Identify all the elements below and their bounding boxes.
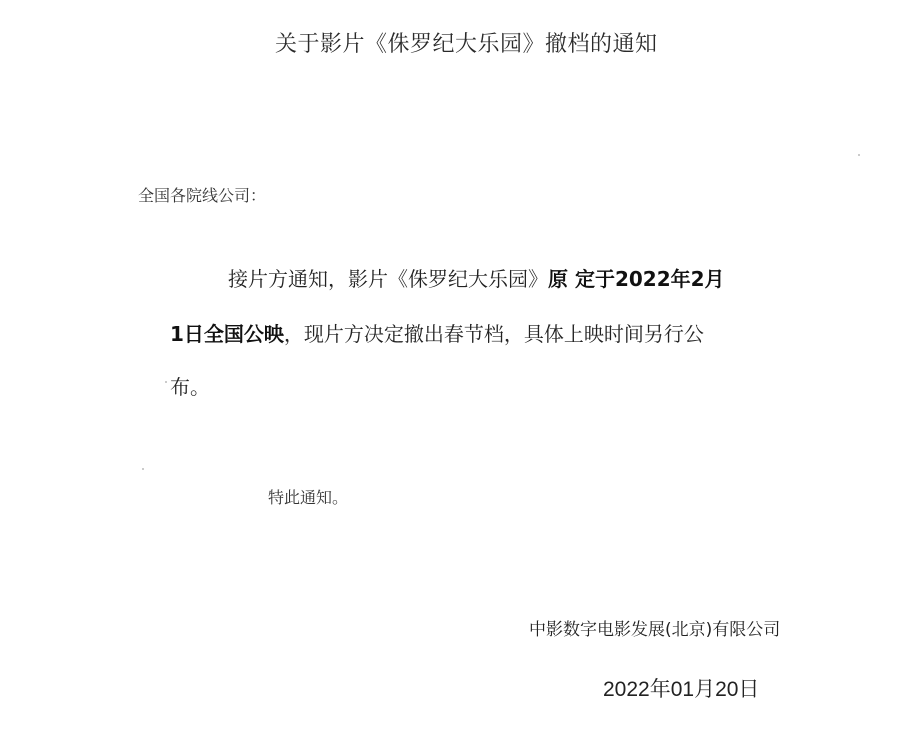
notice-title: 关于影片《侏罗纪大乐园》撤档的通知 (275, 27, 658, 58)
issuer-name: 中影数字电影发展(北京)有限公司 (529, 615, 780, 640)
body-line-1: 接片方通知，影片《侏罗纪大乐园》原 定于2022年2月 (228, 263, 725, 292)
body-text: 接片方通知，影片《侏罗纪大乐园》 (228, 267, 548, 291)
body-line-3: 布。 (170, 371, 210, 400)
salutation: 全国各院线公司： (138, 183, 266, 206)
closing-text: 特此通知。 (268, 485, 348, 508)
scan-speck (858, 154, 860, 156)
issue-date: 2022年01月20日 (603, 673, 759, 703)
scan-speck (165, 381, 167, 383)
scan-speck (142, 468, 144, 470)
body-text-bold: 1日全国公映 (170, 322, 284, 346)
body-line-2: 1日全国公映，现片方决定撤出春节档，具体上映时间另行公 (170, 318, 704, 347)
body-text: ，现片方决定撤出春节档，具体上映时间另行公 (284, 322, 704, 346)
body-text-bold: 原 定于2022年2月 (548, 267, 725, 291)
